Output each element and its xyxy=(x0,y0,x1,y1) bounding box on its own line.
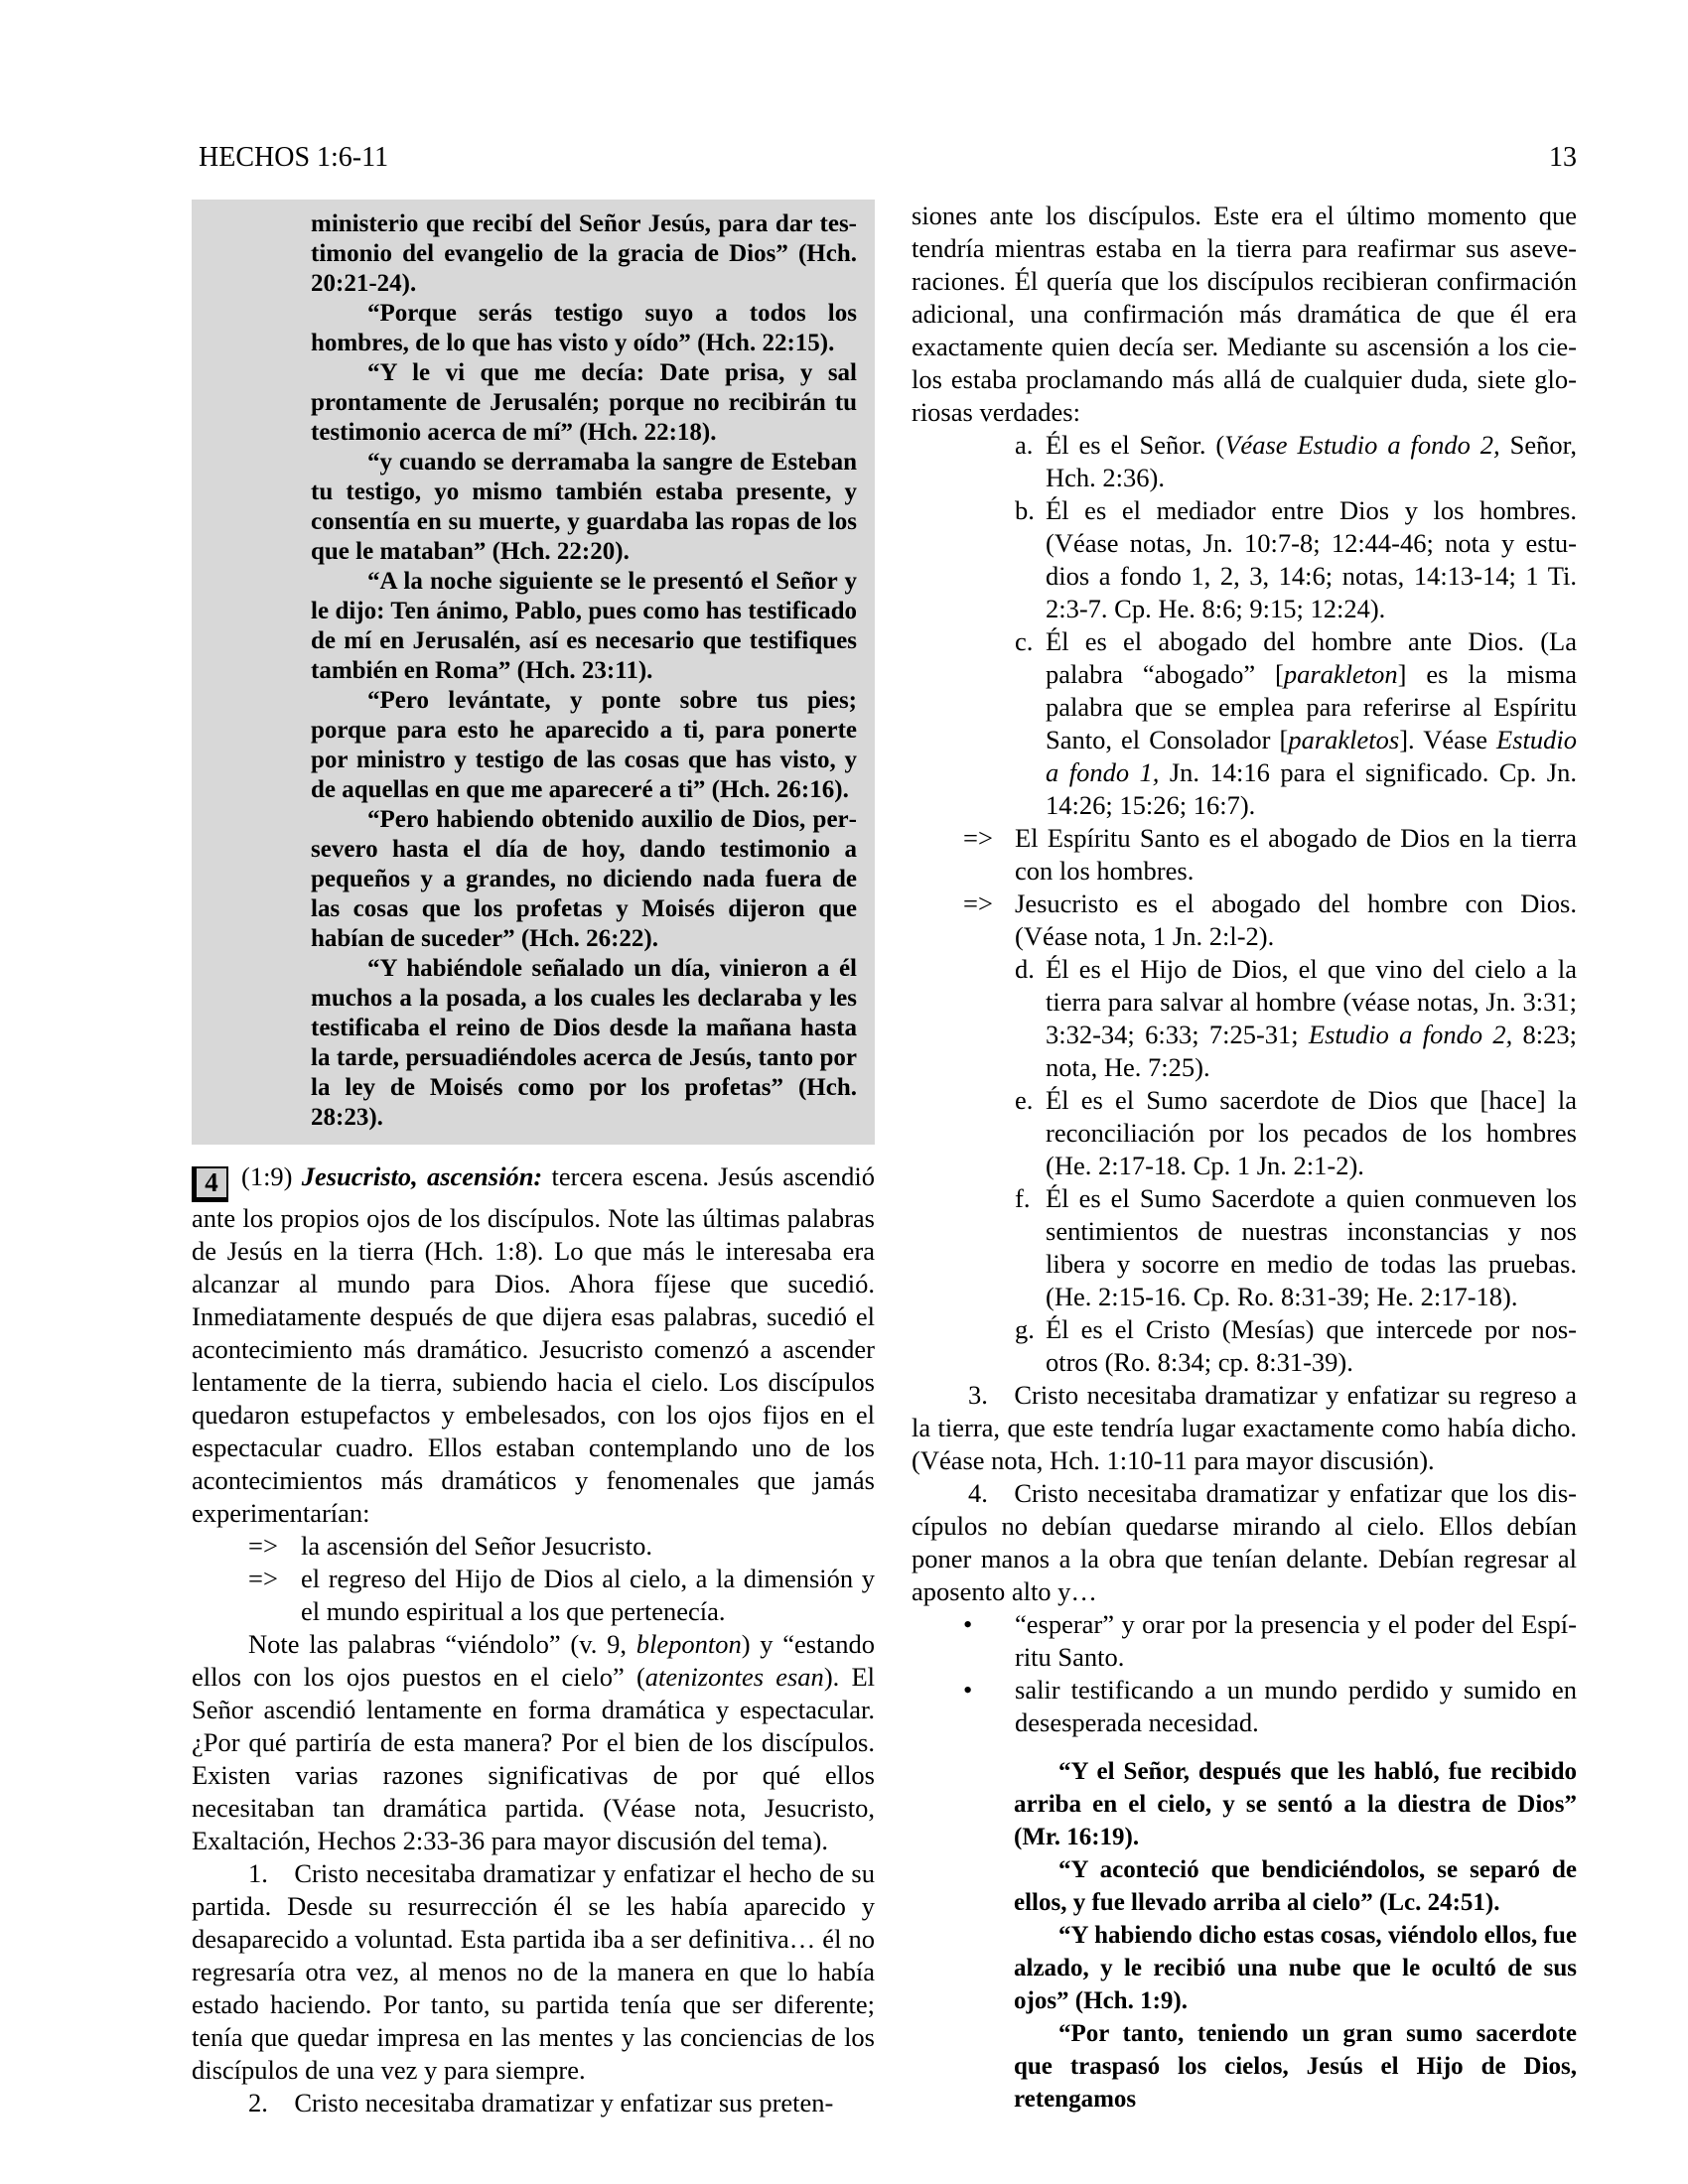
text-segment: “Pero levántate, y ponte sobre tus pies;… xyxy=(311,687,857,803)
letter-list-item: g.Él es el Cristo (Mesías) que intercede… xyxy=(912,1313,1577,1379)
header-section-title: HECHOS 1:6-11 xyxy=(199,142,388,174)
commentary-paragraph: 1. Cristo necesitaba dramatizar y enfati… xyxy=(192,1857,875,2087)
text-segment: salir testificando a un mundo perdido y … xyxy=(1015,1675,1577,1737)
letter-list-item: a.Él es el Señor. (Véase Estudio a fondo… xyxy=(912,429,1577,494)
scripture-quote-paragraph: “y cuando se derramaba la sangre de Este… xyxy=(311,448,857,567)
text-segment: “Y le vi que me decía: Date prisa, y sal… xyxy=(311,359,857,446)
text-segment: Véase Estudio a fondo 2, xyxy=(1224,430,1499,460)
commentary-paragraph: 2. Cristo necesitaba dramatizar y enfati… xyxy=(192,2087,875,2119)
text-segment: “A la noche siguiente se le presentó el … xyxy=(311,568,857,684)
text-segment: “Y aconteció que bendiciéndolos, se sepa… xyxy=(1014,1856,1577,1916)
letter-list-item: f.Él es el Sumo Sacerdote a quien conmue… xyxy=(912,1182,1577,1313)
letter-list-item: e.Él es el Sumo sacerdote de Dios que [h… xyxy=(912,1084,1577,1182)
commentary-note-paragraph: 4(1:9) Jesucristo, ascensión: tercera es… xyxy=(192,1160,875,1530)
text-segment: (1:9) xyxy=(241,1161,302,1191)
commentary-paragraph: 3. Cristo necesitaba dramatizar y enfati… xyxy=(912,1379,1577,1477)
text-segment: parakletos xyxy=(1288,725,1399,754)
letter-list-item: b.Él es el mediador entre Dios y los hom… xyxy=(912,494,1577,625)
text-segment: Él es el Señor. ( xyxy=(1046,430,1224,460)
arrow-list-item: =>el regreso del Hijo de Dios al cielo, … xyxy=(192,1563,875,1628)
text-segment: 4. Cristo necesitaba dramatizar y enfati… xyxy=(912,1478,1577,1606)
scripture-quote-paragraph: “A la noche siguiente se le presentó el … xyxy=(311,567,857,686)
text-segment: “Por tanto, teniendo un gran sumo sacerd… xyxy=(1014,2020,1577,2113)
scripture-quote-box: ministerio que recibí del Señor Jesús, p… xyxy=(192,200,875,1145)
text-segment: parakleton xyxy=(1284,659,1398,689)
arrow-marker: => xyxy=(248,1530,301,1563)
text-segment: Jesucristo es el abogado del hombre con … xyxy=(1015,888,1577,951)
text-segment: Él es el mediador entre Dios y los hombr… xyxy=(1046,495,1577,623)
bullet-icon: • xyxy=(963,1608,1015,1641)
commentary-paragraph: siones ante los discípulos. Este era el … xyxy=(912,200,1577,429)
arrow-marker: => xyxy=(963,887,1015,920)
letter-list-item: c.Él es el abogado del hombre ante Dios.… xyxy=(912,625,1577,822)
text-segment: Él es el Sumo Sacerdote a quien conmueve… xyxy=(1046,1183,1577,1311)
text-segment: atenizontes esan xyxy=(645,1662,824,1692)
arrow-list-item: =>la ascensión del Señor Jesucristo. xyxy=(192,1530,875,1563)
scripture-quote-paragraph: “Y aconteció que bendiciéndolos, se sepa… xyxy=(1014,1853,1577,1919)
scripture-quote-paragraph: “Y le vi que me decía: Date prisa, y sal… xyxy=(311,358,857,448)
letter-list-item: d.Él es el Hijo de Dios, el que vino del… xyxy=(912,953,1577,1084)
header-page-number: 13 xyxy=(1549,142,1577,174)
text-segment: Él es el Sumo sacerdote de Dios que [hac… xyxy=(1046,1085,1577,1180)
letter-marker: a. xyxy=(1015,429,1046,462)
page-header: HECHOS 1:6-11 13 xyxy=(0,0,1688,174)
scripture-quote-paragraph: “Y habiéndole señalado un día, vinieron … xyxy=(311,954,857,1133)
right-column: siones ante los discípulos. Este era el … xyxy=(912,200,1577,2119)
scripture-quote-paragraph: ministerio que recibí del Señor Jesús, p… xyxy=(311,209,857,299)
scripture-quote-paragraph: “Pero levántate, y ponte sobre tus pies;… xyxy=(311,686,857,805)
text-segment: El Espíritu Santo es el abogado de Dios … xyxy=(1015,823,1577,886)
scripture-quote-paragraph: “Por tanto, teniendo un gran sumo sacerd… xyxy=(1014,2017,1577,2116)
left-column: ministerio que recibí del Señor Jesús, p… xyxy=(192,200,875,2119)
commentary-paragraph: 4. Cristo necesitaba dramatizar y enfati… xyxy=(912,1477,1577,1608)
scripture-quote-paragraph: “Y habiendo dicho estas cosas, viéndolo … xyxy=(1014,1919,1577,2017)
note-number-badge: 4 xyxy=(192,1166,228,1202)
text-segment: bleponton xyxy=(636,1629,742,1659)
document-page: HECHOS 1:6-11 13 ministerio que recibí d… xyxy=(0,0,1688,2184)
text-segment: “Y el Señor, después que les habló, fue … xyxy=(1014,1758,1577,1850)
scripture-quote-paragraph: “Y el Señor, después que les habló, fue … xyxy=(1014,1755,1577,1853)
scripture-quote-paragraph: “Pero habiendo obtenido auxilio de Dios,… xyxy=(311,805,857,954)
text-segment: “Y habiéndole señalado un día, vinieron … xyxy=(311,955,857,1131)
bullet-list-item: •salir testificando a un mundo perdido y… xyxy=(912,1674,1577,1739)
scripture-quote-paragraph: “Porque serás testigo suyo a todos los h… xyxy=(311,299,857,358)
bullet-list-item: •“esperar” y orar por la presencia y el … xyxy=(912,1608,1577,1674)
letter-marker: g. xyxy=(1015,1313,1046,1346)
letter-marker: b. xyxy=(1015,494,1046,527)
text-segment: ]. Véase xyxy=(1399,725,1496,754)
text-segment: tercera escena. Jesús ascen­dió ante los… xyxy=(192,1161,875,1528)
text-segment: Jesucristo, ascensión: xyxy=(302,1161,543,1191)
text-segment: el regreso del Hijo de Dios al cielo, a … xyxy=(301,1564,875,1626)
letter-marker: d. xyxy=(1015,953,1046,986)
text-segment: “Porque serás testigo suyo a todos los h… xyxy=(311,300,857,356)
arrow-marker: => xyxy=(248,1563,301,1595)
text-segment: siones ante los discípulos. Este era el … xyxy=(912,201,1577,427)
text-segment: la ascensión del Señor Jesucristo. xyxy=(301,1531,652,1561)
text-segment: “Pero habiendo obtenido auxilio de Dios,… xyxy=(311,806,857,952)
arrow-list-item: =>Jesucristo es el abogado del hombre co… xyxy=(912,887,1577,953)
letter-marker: f. xyxy=(1015,1182,1046,1215)
two-column-text-area: ministerio que recibí del Señor Jesús, p… xyxy=(192,200,1577,2119)
bullet-icon: • xyxy=(963,1674,1015,1706)
arrow-list-item: =>El Espíritu Santo es el abogado de Dio… xyxy=(912,822,1577,887)
commentary-paragraph: Note las palabras “viéndolo” (v. 9, blep… xyxy=(192,1628,875,1857)
text-segment: 2. Cristo necesitaba dramatizar y enfati… xyxy=(248,2088,833,2117)
text-segment: Él es el Cristo (Mesías) que intercede p… xyxy=(1046,1314,1577,1377)
text-segment: ministerio que recibí del Señor Jesús, p… xyxy=(311,210,857,297)
letter-marker: c. xyxy=(1015,625,1046,658)
arrow-marker: => xyxy=(963,822,1015,855)
text-segment: Estudio a fondo 2, xyxy=(1309,1020,1512,1049)
text-segment: “Y habiendo dicho estas cosas, viéndolo … xyxy=(1014,1922,1577,2014)
text-segment: “y cuando se derramaba la sangre de Este… xyxy=(311,449,857,565)
text-segment: 1. Cristo necesitaba dramatizar y enfati… xyxy=(192,1858,875,2085)
text-segment: 3. Cristo necesitaba dramatizar y enfati… xyxy=(912,1380,1577,1475)
text-segment: Note las palabras “viéndolo” (v. 9, xyxy=(248,1629,636,1659)
text-segment: “esperar” y orar por la presencia y el p… xyxy=(1015,1609,1577,1672)
letter-marker: e. xyxy=(1015,1084,1046,1117)
